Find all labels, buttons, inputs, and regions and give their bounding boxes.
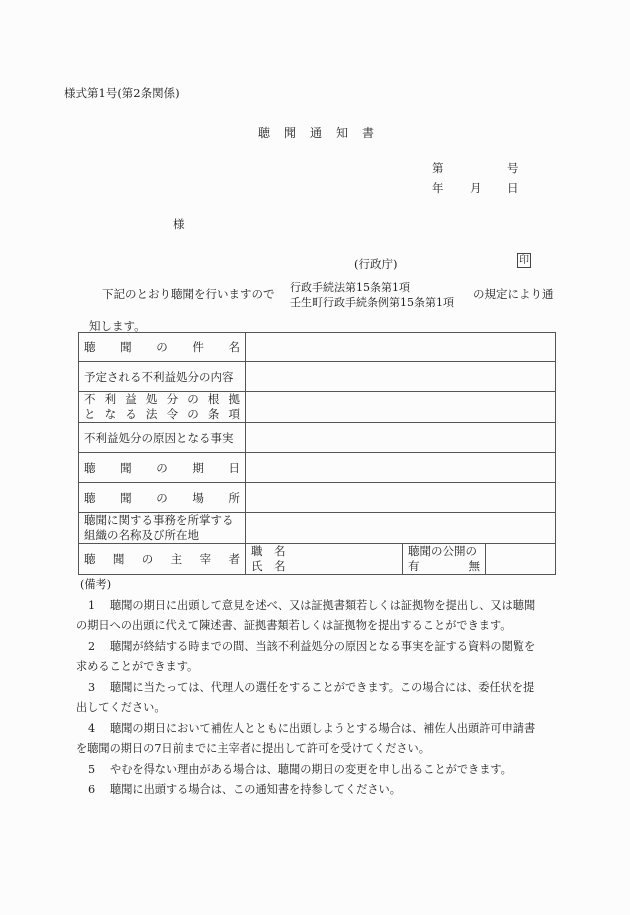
label-char: 場 <box>192 490 204 506</box>
value-disposition-content[interactable] <box>246 362 556 392</box>
note-number: 3 <box>76 678 110 699</box>
label-hearing-date: 聴 聞 の 期 日 <box>79 453 246 483</box>
month-label: 月 <box>470 180 482 196</box>
value-organization[interactable] <box>246 513 556 544</box>
note-item: 3 聴聞に当たっては、代理人の選任をすることができます。この場合には、委任状を提 <box>76 678 560 699</box>
label-char: 聞 <box>120 460 132 476</box>
public-yes-label: 有 <box>408 559 420 574</box>
hearing-info-table: 聴 聞 の 件 名 予定される不利益処分の内容 不 利 益 処 分 の 根 拠 <box>78 332 556 575</box>
presiding-officer-field[interactable]: 職 名 氏 名 <box>246 544 403 575</box>
label-char: の <box>142 551 154 567</box>
value-hearing-date[interactable] <box>246 453 556 483</box>
label-char: る <box>125 407 137 422</box>
public-no-label: 無 <box>469 559 481 574</box>
public-hearing-value[interactable] <box>486 544 556 575</box>
year-label: 年 <box>432 180 444 196</box>
label-char: と <box>84 407 96 422</box>
note-item: 5 やむを得ない理由がある場合は、聴聞の期日の変更を申し出ることができます。 <box>76 760 560 781</box>
note-number: 4 <box>76 719 110 740</box>
law-option-1: 行政手続法第15条第1項 <box>290 279 410 295</box>
value-hearing-place[interactable] <box>246 483 556 513</box>
label-char: の <box>156 460 168 476</box>
label-presiding-officer: 聴 聞 の 主 宰 者 <box>79 544 246 575</box>
label-char: 件 <box>192 339 204 355</box>
label-char: の <box>187 392 199 407</box>
note-number: 1 <box>76 596 110 617</box>
table-row: 聴 聞 の 件 名 <box>79 333 556 362</box>
label-char: 主 <box>171 551 183 567</box>
label-char: な <box>105 407 117 422</box>
day-label: 日 <box>507 180 519 196</box>
value-hearing-subject[interactable] <box>246 333 556 362</box>
label-char: 条 <box>208 407 220 422</box>
label-char: の <box>156 339 168 355</box>
label-char: の <box>187 407 199 422</box>
note-item: 4 聴聞の期日において補佐人とともに出頭しようとする場合は、補佐人出頭許可申請書 <box>76 719 560 740</box>
addressee-suffix: 様 <box>173 216 185 232</box>
label-char: 名 <box>229 339 241 355</box>
note-number: 6 <box>76 780 110 801</box>
public-hearing-label: 聴聞の公開の 有 無 <box>403 544 486 575</box>
intro-text-after: の規定により通 <box>473 286 554 302</box>
note-text: 聴聞に出頭する場合は、この通知書を持参してください。 <box>110 780 560 801</box>
note-item: 2 聴聞が終結する時までの間、当該不利益処分の原因となる事実を証する資料の閲覧を <box>76 637 560 658</box>
label-hearing-place: 聴 聞 の 場 所 <box>79 483 246 513</box>
number-prefix: 第 <box>432 160 444 176</box>
law-option-2: 壬生町行政手続条例第15条第1項 <box>290 294 454 310</box>
label-char: 不 <box>84 392 96 407</box>
label-char: 益 <box>125 392 137 407</box>
label-line: 組織の名称及び所在地 <box>84 528 240 543</box>
label-char: 宰 <box>200 551 212 567</box>
label-char: 聴 <box>84 551 96 567</box>
job-title-label: 職 名 <box>251 544 397 559</box>
label-char: 者 <box>228 551 240 567</box>
intro-text-before: 下記のとおり聴聞を行いますので <box>102 286 275 302</box>
label-char: 拠 <box>228 392 240 407</box>
note-number: 5 <box>76 760 110 781</box>
label-char: 期 <box>192 460 204 476</box>
label-char: 日 <box>229 460 241 476</box>
table-row: 聴 聞 の 期 日 <box>79 453 556 483</box>
note-text: 聴聞が終結する時までの間、当該不利益処分の原因となる事実を証する資料の閲覧を <box>110 637 560 658</box>
notes-heading: (備考) <box>80 575 560 596</box>
value-legal-basis[interactable] <box>246 392 556 423</box>
table-row: 不 利 益 処 分 の 根 拠 と な る 法 令 の 条 項 <box>79 392 556 423</box>
table-row: 聴聞に関する事務を所掌する 組織の名称及び所在地 <box>79 513 556 544</box>
name-label: 氏 名 <box>251 559 397 574</box>
label-char: 法 <box>146 407 158 422</box>
agency-label: (行政庁) <box>354 256 397 272</box>
label-char: 所 <box>229 490 241 506</box>
label-char: 聴 <box>84 490 96 506</box>
label-char: 聞 <box>120 339 132 355</box>
value-cause-facts[interactable] <box>246 423 556 453</box>
label-char: の <box>156 490 168 506</box>
note-item: 1 聴聞の期日に出頭して意見を述べ、又は証拠書類若しくは証拠物を提出し、又は聴聞 <box>76 596 560 617</box>
label-hearing-subject: 聴 聞 の 件 名 <box>79 333 246 362</box>
label-char: 聞 <box>113 551 125 567</box>
label-cause-facts: 不利益処分の原因となる事実 <box>79 423 246 453</box>
form-number: 様式第1号(第2条関係) <box>64 85 180 101</box>
label-char: 分 <box>167 392 179 407</box>
label-char: 聞 <box>120 490 132 506</box>
label-char: 令 <box>167 407 179 422</box>
label-char: 根 <box>208 392 220 407</box>
note-text-continuation: 出してください。 <box>76 698 560 719</box>
label-char: 聴 <box>84 460 96 476</box>
note-text-continuation: の期日への出頭に代えて陳述書、証拠書類若しくは証拠物を提出することができます。 <box>76 616 560 637</box>
note-text: 聴聞の期日において補佐人とともに出頭しようとする場合は、補佐人出頭許可申請書 <box>110 719 560 740</box>
label-char: 項 <box>228 407 240 422</box>
table-row: 不利益処分の原因となる事実 <box>79 423 556 453</box>
document-title: 聴聞通知書 <box>258 124 388 141</box>
note-text: 聴聞の期日に出頭して意見を述べ、又は証拠書類若しくは証拠物を提出し、又は聴聞 <box>110 596 560 617</box>
seal-mark: 印 <box>517 253 531 268</box>
label-organization: 聴聞に関する事務を所掌する 組織の名称及び所在地 <box>79 513 246 544</box>
notes-section: (備考) 1 聴聞の期日に出頭して意見を述べ、又は証拠書類若しくは証拠物を提出し… <box>76 575 560 801</box>
note-number: 2 <box>76 637 110 658</box>
label-char: 聴 <box>84 339 96 355</box>
number-suffix: 号 <box>507 160 519 176</box>
label-char: 利 <box>105 392 117 407</box>
public-label-line1: 聴聞の公開の <box>408 544 480 559</box>
note-text-continuation: を聴聞の期日の7日前までに主宰者に提出して許可を受けてください。 <box>76 739 560 760</box>
note-item: 6 聴聞に出頭する場合は、この通知書を持参してください。 <box>76 780 560 801</box>
note-text: やむを得ない理由がある場合は、聴聞の期日の変更を申し出ることができます。 <box>110 760 560 781</box>
label-disposition-content: 予定される不利益処分の内容 <box>79 362 246 392</box>
table-row: 聴 聞 の 主 宰 者 職 名 氏 名 聴聞の公開の 有 無 <box>79 544 556 575</box>
table-row: 聴 聞 の 場 所 <box>79 483 556 513</box>
label-line: 聴聞に関する事務を所掌する <box>84 513 240 528</box>
note-text: 聴聞に当たっては、代理人の選任をすることができます。この場合には、委任状を提 <box>110 678 560 699</box>
label-char: 処 <box>146 392 158 407</box>
label-legal-basis: 不 利 益 処 分 の 根 拠 と な る 法 令 の 条 項 <box>79 392 246 423</box>
note-text-continuation: 求めることができます。 <box>76 657 560 678</box>
table-row: 予定される不利益処分の内容 <box>79 362 556 392</box>
